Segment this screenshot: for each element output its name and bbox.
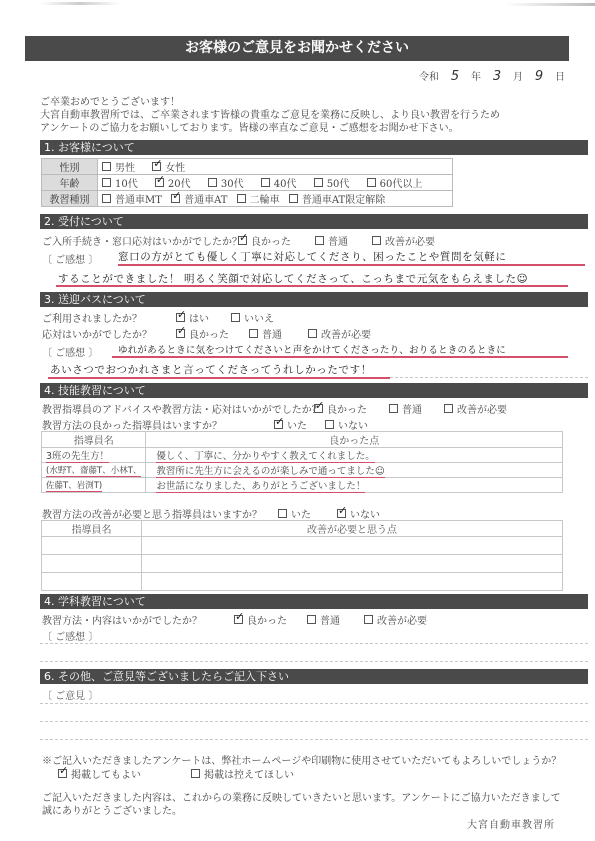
good-instructor-question: 教習方法の良かった指導員はいますか？ bbox=[42, 417, 274, 432]
scan-edge-shadow bbox=[40, 2, 120, 5]
checkbox[interactable] bbox=[364, 615, 373, 624]
advice-normal-option[interactable]: 普通 bbox=[389, 401, 422, 416]
advice-needs-improvement-option[interactable]: 改善が必要 bbox=[444, 401, 507, 416]
checkbox[interactable] bbox=[191, 769, 200, 778]
bus-comment-line-1[interactable]: ゆれがあるときに気をつけてくださいと声をかけてくださったり、おりるときのるときに bbox=[118, 342, 506, 356]
checkbox-checked[interactable] bbox=[314, 404, 323, 413]
age-row: 年齢 10代 20代 30代 40代 50代 60代以上 bbox=[42, 175, 453, 191]
bus-usage-no-option[interactable]: いいえ bbox=[231, 310, 274, 325]
thanks-line: ご記入いただきました内容は、これからの業務に反映していきたいと思います。アンケー… bbox=[42, 792, 582, 805]
improve-instructor-question: 教習方法の改善が必要と思う指導員はいますか？ bbox=[42, 506, 278, 521]
section-header-other-comments: 6. その他、ご意見等ございましたらご記入下さい bbox=[40, 669, 588, 684]
course-mt-option[interactable]: 普通車MT bbox=[102, 191, 162, 206]
instructor-name-cell[interactable] bbox=[42, 537, 142, 555]
month-label: 月 bbox=[513, 68, 523, 83]
improve-instructor-row: 教習方法の改善が必要と思う指導員はいますか？ いた いない bbox=[42, 506, 394, 521]
table-header-row: 指導員名 改善が必要と思う点 bbox=[42, 521, 563, 537]
age-60s-plus-option[interactable]: 60代以上 bbox=[367, 175, 423, 190]
bus-usage-row: ご利用されましたか？ はい いいえ bbox=[42, 310, 288, 325]
comment-line[interactable] bbox=[40, 661, 588, 662]
good-points-header: 良かった点 bbox=[146, 432, 563, 448]
classroom-normal-option[interactable]: 普通 bbox=[307, 612, 340, 627]
year-value[interactable]: 5 bbox=[447, 69, 463, 84]
table-row bbox=[42, 537, 563, 555]
section-header-reception: 2. 受付について bbox=[40, 214, 588, 229]
instructor-name-cell[interactable]: 佐藤T、岩渕T) bbox=[42, 478, 146, 493]
classroom-needs-improvement-option[interactable]: 改善が必要 bbox=[364, 612, 427, 627]
age-label: 年齢 bbox=[42, 175, 98, 191]
age-50s-option[interactable]: 50代 bbox=[314, 175, 350, 190]
checkbox-checked[interactable] bbox=[155, 178, 164, 187]
gender-label: 性別 bbox=[42, 159, 98, 175]
reception-good-option[interactable]: 良かった bbox=[238, 233, 291, 248]
improve-instructor-table: 指導員名 改善が必要と思う点 bbox=[41, 520, 563, 591]
gender-row: 性別 男性 女性 bbox=[42, 159, 453, 175]
course-type-label: 教習種別 bbox=[42, 191, 98, 207]
comment-line bbox=[390, 377, 588, 378]
checkbox-checked[interactable] bbox=[234, 615, 243, 624]
good-instructor-no-option[interactable]: いない bbox=[325, 417, 368, 432]
checkbox-checked[interactable] bbox=[58, 769, 67, 778]
course-motorcycle-option[interactable]: 二輪車 bbox=[237, 191, 280, 206]
bus-usage-yes-option[interactable]: はい bbox=[176, 310, 209, 325]
classroom-question: 教習方法・内容はいかがでしたか？ bbox=[42, 612, 234, 627]
table-row bbox=[42, 555, 563, 573]
checkbox[interactable] bbox=[367, 178, 376, 187]
good-instructor-table: 指導員名 良かった点 3班の先生方！ 優しく、丁寧に、分かりやすく教えてくれまし… bbox=[41, 431, 563, 493]
reception-comment-line-1[interactable]: 窓口の方がとても優しく丁寧に対応してくださり、困ったことや質問を気軽に bbox=[118, 249, 507, 264]
checkbox[interactable] bbox=[231, 313, 240, 322]
reception-comment-label: 〔 ご感想 〕 bbox=[42, 251, 98, 266]
checkbox[interactable] bbox=[315, 236, 324, 245]
section-header-practical-training: 4. 技能教習について bbox=[40, 383, 588, 398]
checkbox[interactable] bbox=[102, 194, 111, 203]
instructor-name-header: 指導員名 bbox=[42, 432, 146, 448]
gender-male-option[interactable]: 男性 bbox=[102, 159, 135, 174]
table-row: (水野T、齋藤T、小林T、 教習所に先生方に会えるのが楽しみで通ってました☺ bbox=[42, 463, 563, 478]
good-points-cell[interactable]: 教習所に先生方に会えるのが楽しみで通ってました☺ bbox=[146, 463, 563, 478]
instructor-name-cell[interactable]: 3班の先生方！ bbox=[42, 448, 146, 463]
checkbox-checked[interactable] bbox=[152, 162, 161, 171]
section-header-shuttle-bus: 3. 送迎バスについて bbox=[40, 292, 588, 307]
course-type-row: 教習種別 普通車MT 普通車AT 二輪車 普通車AT限定解除 bbox=[42, 191, 453, 207]
instructor-name-header: 指導員名 bbox=[42, 521, 142, 537]
gender-female-option[interactable]: 女性 bbox=[152, 159, 185, 174]
reception-question-row: ご入所手続き・窓口応対はいかがでしたか？ 良かった 普通 改善が必要 bbox=[42, 233, 449, 248]
checkbox[interactable] bbox=[249, 329, 258, 338]
improvement-points-cell[interactable] bbox=[142, 537, 563, 555]
consent-allow-option[interactable]: 掲載してもよい bbox=[58, 766, 141, 781]
good-instructor-yes-option[interactable]: いた bbox=[274, 417, 307, 432]
age-10s-option[interactable]: 10代 bbox=[102, 175, 138, 190]
reception-normal-option[interactable]: 普通 bbox=[315, 233, 348, 248]
intro-line: ご卒業おめでとうございます！ bbox=[40, 96, 580, 109]
day-value[interactable]: 9 bbox=[531, 69, 547, 84]
bus-service-needs-improvement-option[interactable]: 改善が必要 bbox=[308, 326, 371, 341]
publication-consent-options: 掲載してもよい 掲載は控えてほしい bbox=[58, 766, 308, 781]
day-label: 日 bbox=[555, 68, 565, 83]
instructor-advice-row: 教習指導員のアドバイスや教習方法・応対はいかがでしたか？ 良かった 普通 改善が… bbox=[42, 401, 521, 416]
checkbox[interactable] bbox=[314, 178, 323, 187]
checkbox[interactable] bbox=[278, 509, 287, 518]
checkbox-checked[interactable] bbox=[171, 194, 180, 203]
advice-good-option[interactable]: 良かった bbox=[314, 401, 367, 416]
section-header-customer: 1. お客様について bbox=[40, 140, 588, 155]
red-underline bbox=[56, 285, 568, 287]
age-20s-option[interactable]: 20代 bbox=[155, 175, 191, 190]
checkbox[interactable] bbox=[102, 178, 111, 187]
bus-service-question: 応対はいかがでしたか？ bbox=[42, 326, 176, 341]
checkbox[interactable] bbox=[444, 404, 453, 413]
checkbox[interactable] bbox=[261, 178, 270, 187]
month-value[interactable]: 3 bbox=[489, 69, 505, 84]
checkbox-checked[interactable] bbox=[238, 236, 247, 245]
bus-usage-question: ご利用されましたか？ bbox=[42, 310, 176, 325]
checkbox[interactable] bbox=[308, 329, 317, 338]
era-label: 令和 bbox=[419, 68, 439, 83]
instructor-name-cell[interactable] bbox=[42, 555, 142, 573]
checkbox[interactable] bbox=[208, 178, 217, 187]
intro-line: アンケートのご協力をお願いしております。皆様の率直なご意見・ご感想をお聞かせ下さ… bbox=[40, 122, 580, 135]
checkbox[interactable] bbox=[237, 194, 246, 203]
checkbox[interactable] bbox=[389, 404, 398, 413]
bus-service-row: 応対はいかがでしたか？ 良かった 普通 改善が必要 bbox=[42, 326, 385, 341]
page-title: お客様のご意見をお聞かせください bbox=[25, 36, 569, 61]
good-instructor-row: 教習方法の良かった指導員はいますか？ いた いない bbox=[42, 417, 382, 432]
improvement-points-cell[interactable] bbox=[142, 573, 563, 591]
classroom-good-option[interactable]: 良かった bbox=[234, 612, 287, 627]
other-comment-label: 〔 ご意見 〕 bbox=[42, 687, 98, 702]
red-underline bbox=[112, 356, 568, 358]
improvement-points-header: 改善が必要と思う点 bbox=[142, 521, 563, 537]
bus-comment-line-2[interactable]: あいさつでおつかれさまと言ってくださってうれしかったです！ bbox=[50, 362, 372, 377]
classroom-comment-label: 〔 ご感想 〕 bbox=[42, 628, 98, 643]
comment-line[interactable] bbox=[40, 721, 588, 722]
organization-name: 大宮自動車教習所 bbox=[467, 816, 555, 831]
comment-line[interactable] bbox=[40, 703, 588, 704]
reception-comment-line-2[interactable]: することができました！ 明るく笑顔で対応してくださって、こっちまで元気をもらえま… bbox=[58, 271, 528, 286]
red-underline bbox=[48, 377, 390, 379]
improve-instructor-no-option[interactable]: いない bbox=[337, 506, 380, 521]
checkbox[interactable] bbox=[307, 615, 316, 624]
improve-instructor-yes-option[interactable]: いた bbox=[278, 506, 311, 521]
checkbox-checked[interactable] bbox=[274, 420, 283, 429]
classroom-question-row: 教習方法・内容はいかがでしたか？ 良かった 普通 改善が必要 bbox=[42, 612, 441, 627]
bus-service-normal-option[interactable]: 普通 bbox=[249, 326, 282, 341]
section-header-classroom-training: 4. 学科教習について bbox=[40, 594, 588, 609]
comment-line[interactable] bbox=[40, 643, 588, 644]
intro-line: 大宮自動車教習所では、ご卒業されます皆様の貴重なご意見を業務に反映し、より良い教… bbox=[40, 109, 580, 122]
table-row: 3班の先生方！ 優しく、丁寧に、分かりやすく教えてくれました。 bbox=[42, 448, 563, 463]
bus-service-good-option[interactable]: 良かった bbox=[176, 326, 229, 341]
course-at-unlimit-option[interactable]: 普通車AT限定解除 bbox=[289, 191, 385, 206]
instructor-advice-question: 教習指導員のアドバイスや教習方法・応対はいかがでしたか？ bbox=[42, 401, 314, 416]
good-points-cell[interactable]: 優しく、丁寧に、分かりやすく教えてくれました。 bbox=[146, 448, 563, 463]
age-30s-option[interactable]: 30代 bbox=[208, 175, 244, 190]
checkbox[interactable] bbox=[102, 162, 111, 171]
checkbox-checked[interactable] bbox=[176, 313, 185, 322]
instructor-name-cell[interactable]: (水野T、齋藤T、小林T、 bbox=[42, 463, 146, 478]
checkbox-checked[interactable] bbox=[337, 509, 346, 518]
consent-decline-option[interactable]: 掲載は控えてほしい bbox=[191, 766, 294, 781]
year-label: 年 bbox=[471, 68, 481, 83]
thanks-message: ご記入いただきました内容は、これからの業務に反映していきたいと思います。アンケー… bbox=[42, 792, 582, 818]
customer-info-table: 性別 男性 女性 年齢 10代 20代 30代 40代 50代 60代以上 教習… bbox=[41, 158, 453, 207]
course-at-option[interactable]: 普通車AT bbox=[171, 191, 227, 206]
scan-edge-shadow bbox=[505, 3, 595, 6]
age-40s-option[interactable]: 40代 bbox=[261, 175, 297, 190]
intro-text: ご卒業おめでとうございます！ 大宮自動車教習所では、ご卒業されます皆様の貴重なご… bbox=[40, 96, 580, 135]
date-field: 令和 5 年 3 月 9 日 bbox=[419, 68, 565, 84]
improvement-points-cell[interactable] bbox=[142, 555, 563, 573]
publication-consent-question: ※ご記入いただきましたアンケートは、弊社ホームページや印刷物に使用させていただい… bbox=[42, 752, 561, 767]
comment-line[interactable] bbox=[40, 739, 588, 740]
bus-comment-label: 〔 ご感想 〕 bbox=[42, 344, 98, 359]
table-row: 佐藤T、岩渕T) お世話になりました、ありがとうございました！ bbox=[42, 478, 563, 493]
checkbox[interactable] bbox=[372, 236, 381, 245]
checkbox-checked[interactable] bbox=[176, 329, 185, 338]
instructor-name-cell[interactable] bbox=[42, 573, 142, 591]
good-points-cell[interactable]: お世話になりました、ありがとうございました！ bbox=[146, 478, 563, 493]
checkbox[interactable] bbox=[289, 194, 298, 203]
reception-needs-improvement-option[interactable]: 改善が必要 bbox=[372, 233, 435, 248]
red-underline bbox=[118, 264, 585, 266]
reception-question: ご入所手続き・窓口応対はいかがでしたか？ bbox=[42, 233, 238, 248]
table-row bbox=[42, 573, 563, 591]
checkbox[interactable] bbox=[325, 420, 334, 429]
table-header-row: 指導員名 良かった点 bbox=[42, 432, 563, 448]
